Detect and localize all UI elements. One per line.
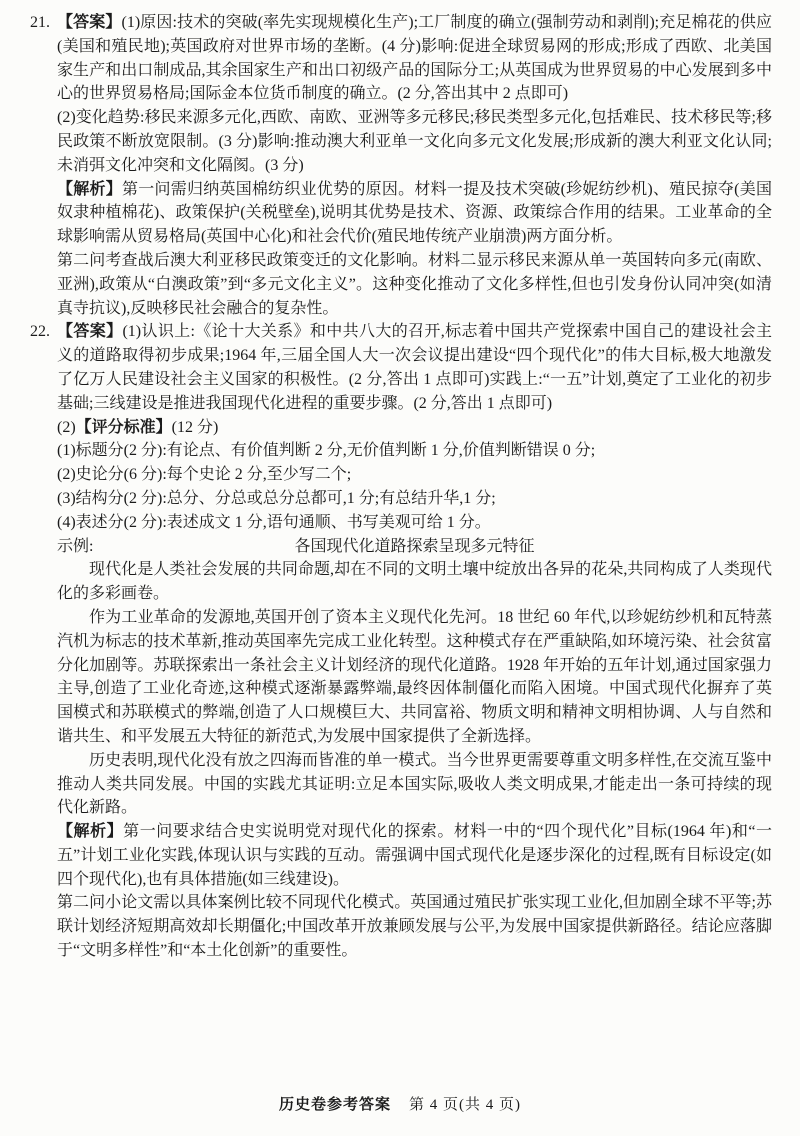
footer-document-title: 历史卷参考答案 [279,1097,391,1113]
q22-essay-title: 各国现代化道路探索呈现多元特征 [294,538,534,555]
q22-rubric-prefix: (2) [57,419,76,436]
footer-page-number: 第 4 页(共 4 页) [409,1097,521,1113]
q22-rubric-score: (12 分) [172,419,219,436]
q22-example-row: 示例: 各国现代化道路探索呈现多元特征 [57,535,772,559]
question-22-number: 22. [30,320,50,344]
q22-analysis-paragraph-1: 【解析】第一问要求结合史实说明党对现代化的探索。材料一中的“四个现代化”目标(1… [57,820,772,891]
q22-essay-paragraph-1: 现代化是人类社会发展的共同命题,却在不同的文明土壤中绽放出各异的花朵,共同构成了… [57,558,772,606]
q22-rubric-heading: (2)【评分标准】(12 分) [57,416,772,440]
q22-example-label: 示例: [57,535,93,559]
q22-rubric-item-4: (4)表述分(2 分):表述成文 1 分,语句通顺、书写美观可给 1 分。 [57,511,772,535]
page-footer: 历史卷参考答案第 4 页(共 4 页) [0,1094,800,1118]
q21-answer-paragraph-1: 【答案】(1)原因:技术的突破(率先实现规模化生产);工厂制度的确立(强制劳动和… [57,11,772,106]
question-21-number: 21. [30,11,50,35]
q22-analysis-paragraph-2: 第二问小论文需以具体案例比较不同现代化模式。英国通过殖民扩张实现工业化,但加剧全… [57,891,772,962]
q22-essay-paragraph-3: 历史表明,现代化没有放之四海而皆准的单一模式。当今世界更需要尊重文明多样性,在交… [57,749,772,820]
q21-answer-paragraph-2: (2)变化趋势:移民来源多元化,西欧、南欧、亚洲等多元移民;移民类型多元化,包括… [57,106,772,177]
q22-rubric-item-2: (2)史论分(6 分):每个史论 2 分,至少写二个; [57,463,772,487]
answer-sheet-page: 21. 【答案】(1)原因:技术的突破(率先实现规模化生产);工厂制度的确立(强… [0,0,800,1136]
q22-answer-paragraph-1: 【答案】(1)认识上:《论十大关系》和中共八大的召开,标志着中国共产党探索中国自… [57,320,772,415]
q21-answer-text-1: (1)原因:技术的突破(率先实现规模化生产);工厂制度的确立(强制劳动和剥削);… [57,14,772,102]
q21-answer-label: 【答案】 [57,14,122,31]
q21-analysis-paragraph-1: 【解析】第一问需归纳英国棉纺织业优势的原因。材料一提及技术突破(珍妮纺纱机)、殖… [57,178,772,249]
q22-rubric-item-1: (1)标题分(2 分):有论点、有价值判断 2 分,无价值判断 1 分,价值判断… [57,439,772,463]
q22-analysis-label: 【解析】 [57,823,123,840]
page-content: 21. 【答案】(1)原因:技术的突破(率先实现规模化生产);工厂制度的确立(强… [30,11,772,963]
q21-analysis-text-1: 第一问需归纳英国棉纺织业优势的原因。材料一提及技术突破(珍妮纺纱机)、殖民掠夺(… [57,181,772,246]
q22-rubric-label: 【评分标准】 [76,419,172,436]
question-21-block: 21. 【答案】(1)原因:技术的突破(率先实现规模化生产);工厂制度的确立(强… [30,11,772,320]
q22-essay-paragraph-2: 作为工业革命的发源地,英国开创了资本主义现代化先河。18 世纪 60 年代,以珍… [57,606,772,749]
q21-analysis-label: 【解析】 [57,181,122,198]
q21-analysis-paragraph-2: 第二问考查战后澳大利亚移民政策变迁的文化影响。材料二显示移民来源从单一英国转向多… [57,249,772,320]
q22-rubric-item-3: (3)结构分(2 分):总分、分总或总分总都可,1 分;有总结升华,1 分; [57,487,772,511]
q22-analysis-text-1: 第一问要求结合史实说明党对现代化的探索。材料一中的“四个现代化”目标(1964 … [57,823,772,888]
q22-answer-label: 【答案】 [57,323,122,340]
q22-answer-text-1: (1)认识上:《论十大关系》和中共八大的召开,标志着中国共产党探索中国自己的建设… [57,323,772,411]
question-22-block: 22. 【答案】(1)认识上:《论十大关系》和中共八大的召开,标志着中国共产党探… [30,320,772,963]
